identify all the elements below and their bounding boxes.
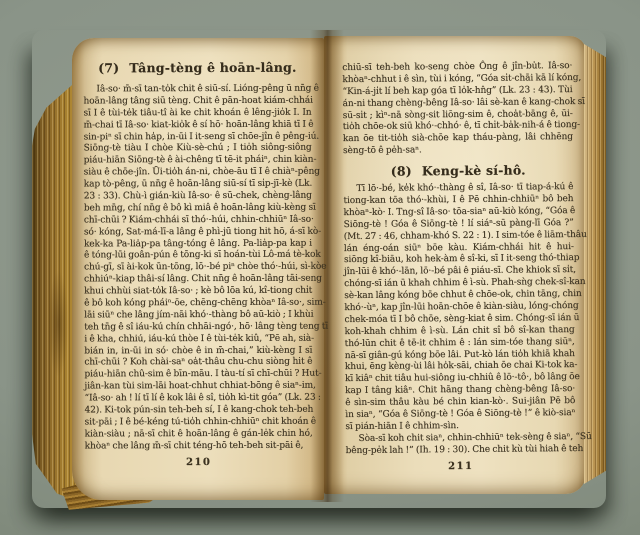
text-line: 42). Ki-tok pún-sin teh-beh sí, I ê kang… bbox=[84, 405, 312, 418]
text-line: hoān-lâng tâng siū tèng. Chit ê pān-hoat… bbox=[83, 95, 311, 108]
text-line: beh mn̄g, chí nn̄g ê bô kì miâ ê hoān-lâ… bbox=[84, 203, 312, 216]
text-line: teh tn̄g ê sî iáu-kú chín chhāi-ngó·, hō… bbox=[84, 321, 312, 334]
text-line: ìn siaⁿ, “Góa ê Siōng-tè ! Góa ê Siōng-t… bbox=[345, 408, 575, 422]
right-page-text: chiū-sī teh-beh ko-seng chòe Ông ê jîn-b… bbox=[342, 61, 576, 473]
text-line: 23 : 33). Chù-ì gián-kiù Iâ-so· ê sū-che… bbox=[84, 191, 312, 204]
text-line: i ê kha, chhiú, iáu-kú thòe I ê tùi-te̍k… bbox=[84, 333, 312, 346]
left-page-paragraph: Iâ-so· m̄-sī tan-to̍k chit ê siū-sí. Lió… bbox=[83, 84, 312, 453]
text-line: sit-pāi ; I ê bé-kéng tú-tio̍h chhin-chh… bbox=[85, 417, 313, 430]
text-line: chhiúⁿ-kiap thâi-sí lâng. Chit nn̄g ê ho… bbox=[84, 274, 312, 287]
photo-background: (7)Tâng-tèng ê hoān-lâng. Iâ-so· m̄-sī t… bbox=[0, 0, 640, 535]
section-number: (8) bbox=[391, 164, 412, 179]
text-line: siàu ê chōe-jîn. Ūi-tio̍h án-ni, chòe-āu… bbox=[84, 167, 312, 180]
text-line: kiàn-siàu ; nā-sī chit ê hoān-lâng ê gán… bbox=[85, 428, 313, 441]
text-line: khui chhùi siat-to̍k Iâ-so· ; kè bô lōa … bbox=[84, 286, 312, 299]
text-line: sī I ê tùi-te̍k tiâu-tî ài ke chit khoán… bbox=[83, 107, 311, 120]
text-line: ê bô koh kóng pháiⁿ-ōe, chēng-chēng khòa… bbox=[84, 298, 312, 311]
section-title: Keng-kè sí-hô. bbox=[422, 163, 526, 179]
left-page-text: (7)Tâng-tèng ê hoān-lâng. Iâ-so· m̄-sī t… bbox=[83, 60, 312, 468]
right-page-closing-paragraph: Sòa-sī koh chit siaⁿ, chhin-chhiūⁿ tek-s… bbox=[345, 432, 575, 458]
text-line: lāi siūⁿ che lâng jím-nāi khó·-thàng bô … bbox=[84, 310, 312, 323]
text-line: chī-chūi ? Kiám-chhái sī thó·-húi, chhin… bbox=[84, 214, 312, 227]
page-number-right: 211 bbox=[346, 460, 576, 473]
text-line: sèng-tō ê pe̍h-saⁿ. bbox=[343, 144, 573, 158]
right-page-paragraph: Tī lō·-bé, ke̍k khó·-thàng ê sî, Iâ-so· … bbox=[343, 182, 575, 434]
page-stack-fore-edge-right bbox=[584, 44, 606, 484]
text-line: bêng-pe̍k lah !” (Ih. 19 : 30). Che chit… bbox=[346, 444, 576, 458]
text-line: “Iâ-so· ah ! lí tī lí ê kok lâi ê sî, ti… bbox=[84, 393, 312, 406]
section-title: Tâng-tèng ê hoān-lâng. bbox=[129, 60, 296, 76]
right-page-continuation-paragraph: chiū-sī teh-beh ko-seng chòe Ông ê jîn-b… bbox=[342, 61, 573, 158]
text-line: m̄-chai tī Iâ-so· kiat-kio̍k ê sí hō· ho… bbox=[83, 119, 311, 132]
section-heading-7: (7)Tâng-tèng ê hoān-lâng. bbox=[83, 60, 311, 76]
text-line: kan ōe tit-tio̍h sià-chōe kap tháu-pàng,… bbox=[343, 132, 573, 146]
text-line: só· kóng, Sat-má-lī-a lâng ê phì-jū tion… bbox=[84, 226, 312, 239]
text-line: Iâ-so· m̄-sī tan-to̍k chit ê siū-sí. Lió… bbox=[83, 84, 311, 97]
page-number-left: 210 bbox=[85, 456, 313, 468]
text-line: jiân-kan tùi sim-lāi hoat-chhut chhiat-b… bbox=[84, 381, 312, 394]
text-line: khòaⁿ che lâng m̄-sī chit téng-hō teh-be… bbox=[85, 440, 313, 453]
text-line: kap tò-pêng, ū nn̄g ê hoān-lâng siū-sí t… bbox=[84, 179, 312, 192]
section-number: (7) bbox=[98, 60, 119, 75]
section-heading-8: (8)Keng-kè sí-hô. bbox=[343, 162, 573, 179]
